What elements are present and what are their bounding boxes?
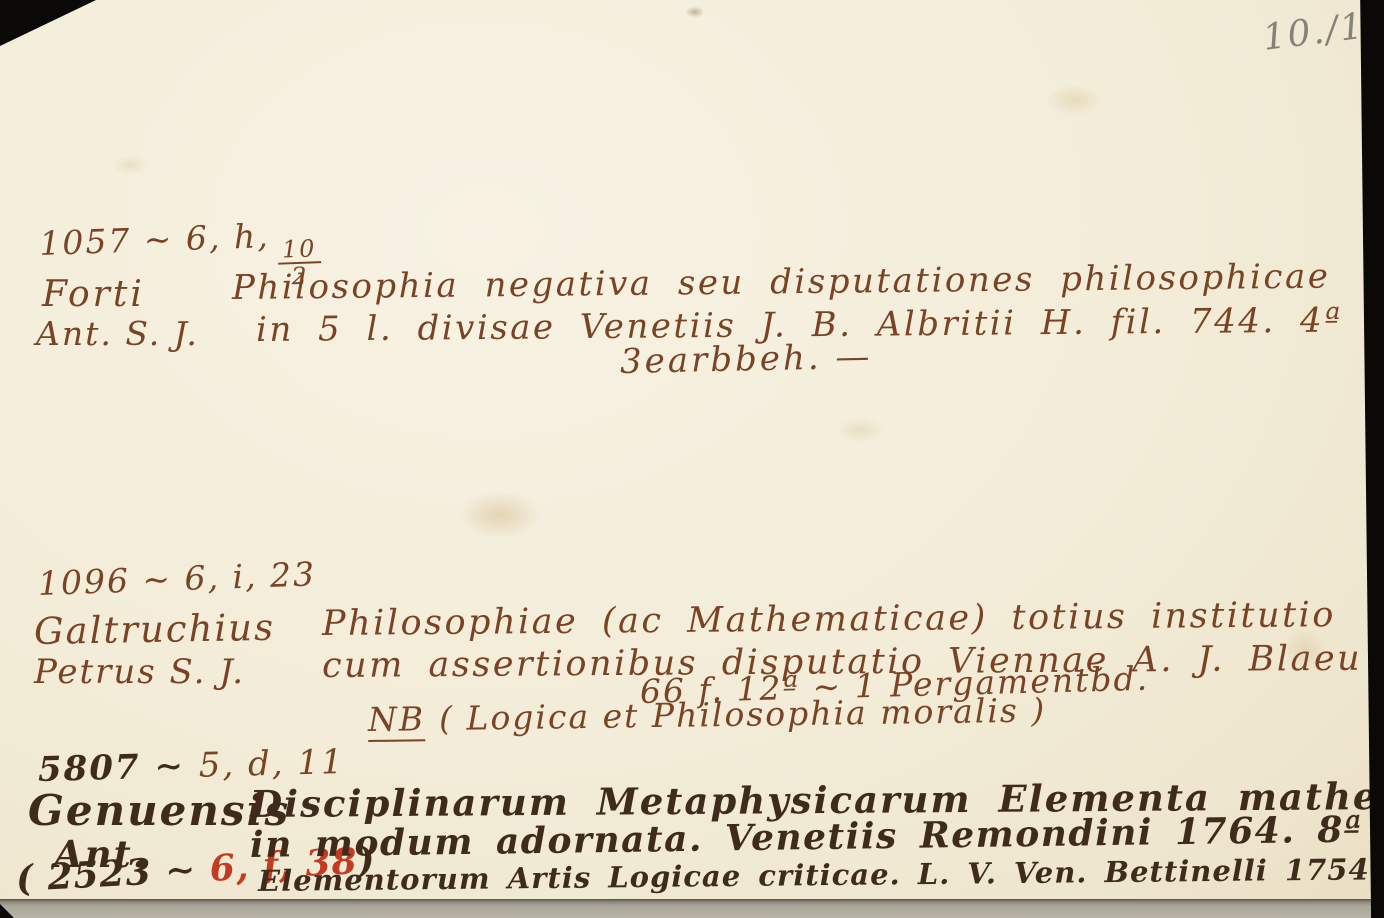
entry1-note: 3earbbeh. — [620, 337, 873, 382]
entry2-nb-label: NB [368, 699, 426, 742]
entry2-author-name: Galtruchius [34, 606, 276, 653]
entry3-shelfmark-location: 5, d, 11 [198, 742, 345, 786]
entry1-author-name: Forti [42, 274, 145, 315]
entry1-shelfmark-text: 1057 ∼ 6, h, [39, 216, 271, 263]
next-card-edge [0, 899, 1384, 918]
entry1-author-detail: Ant. S. J. [36, 314, 199, 353]
entry3-shelfmark-number: 5807 ∼ [37, 746, 185, 790]
catalog-card-scan: 10./18 1057 ∼ 6, h,102 Forti Ant. S. J. … [0, 0, 1384, 918]
entry2-author-detail: Petrus S. J. [34, 652, 245, 692]
